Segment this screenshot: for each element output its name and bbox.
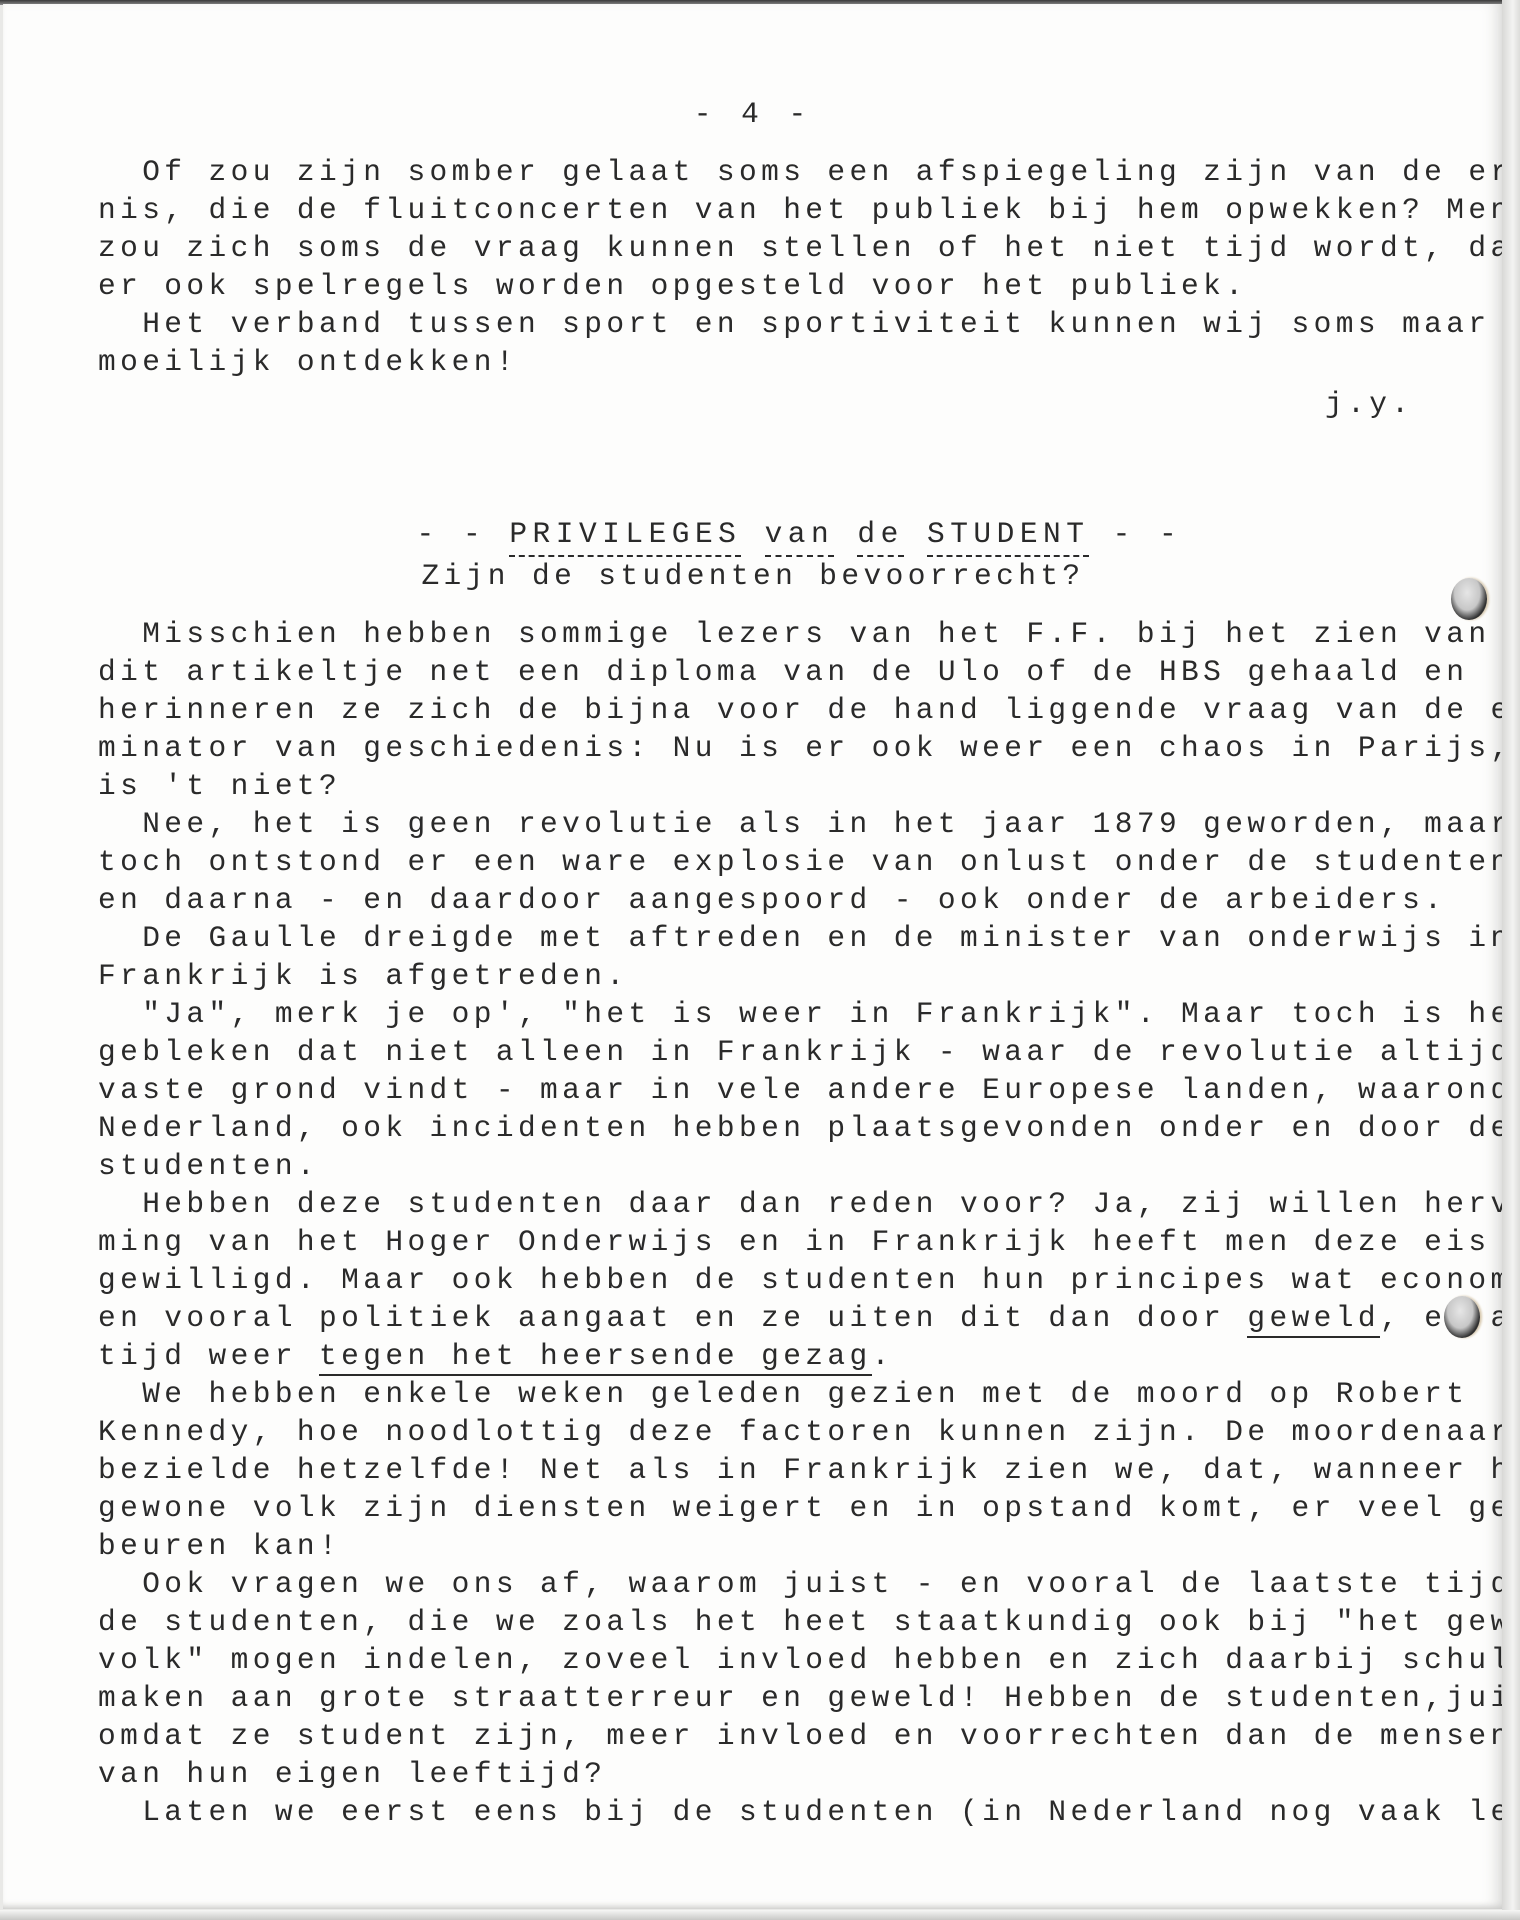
text-line: toch ontstond er een ware explosie van o… [98,844,1513,880]
text-line: "Ja", merk je op', "het is weer in Frank… [98,996,1520,1032]
text-line: de studenten, die we zoals het heet staa… [98,1604,1520,1640]
text-line: De Gaulle dreigde met aftreden en de min… [98,920,1513,956]
text-line: dit artikeltje net een diploma van de Ul… [98,654,1468,690]
text-line: Nee, het is geen revolutie als in het ja… [98,806,1513,842]
text-line: Nederland, ook incidenten hebben plaatsg… [98,1110,1513,1146]
page-edge-bottom [0,1910,1520,1920]
binder-hole-upper [1451,578,1487,620]
text-line: Hebben deze studenten daar dan reden voo… [98,1186,1520,1222]
text-line: nis, die de fluitconcerten van het publi… [98,192,1513,228]
text-line: ming van het Hoger Onderwijs en in Frank… [98,1224,1520,1260]
text-line: gebleken dat niet alleen in Frankrijk - … [98,1034,1520,1070]
text-line-underlined: en vooral politiek aangaat en ze uiten d… [98,1300,1520,1336]
heading-word-privileges: PRIVILEGES [509,517,741,557]
text-line: vaste grond vindt - maar in vele andere … [98,1072,1520,1108]
text-line: omdat ze student zijn, meer invloed en v… [98,1718,1513,1754]
author-signature: j.y. [1325,386,1413,422]
text-line: en daarna - en daardoor aangespoord - oo… [98,882,1446,918]
text-line: maken aan grote straatterreur en geweld!… [98,1680,1520,1716]
text-line: herinneren ze zich de bijna voor de hand… [98,692,1520,728]
underlined-emphasis: geweld [1247,1301,1380,1338]
text-line: gewilligd. Maar ook hebben de studenten … [98,1262,1520,1298]
text-line: volk" mogen indelen, zoveel invloed hebb… [98,1642,1520,1678]
text-line: beuren kan! [98,1528,341,1564]
text-line: is 't niet? [98,768,341,804]
underlined-emphasis: tegen het heersende gezag [319,1339,872,1376]
text-line-underlined: tijd weer tegen het heersende gezag. [98,1338,894,1374]
heading-prefix: - - [417,517,510,551]
text-line: Frankrijk is afgetreden. [98,958,628,994]
text-line: gewone volk zijn diensten weigert en in … [98,1490,1520,1526]
text-line: studenten. [98,1148,319,1184]
text-line: Kennedy, hoe noodlottig deze factoren ku… [98,1414,1513,1450]
text-line: bezielde hetzelfde! Net als in Frankrijk… [98,1452,1520,1488]
heading-word-de: de [857,517,903,557]
binder-hole-lower [1444,1296,1480,1338]
page-edge-right [1502,0,1520,1920]
text-line: We hebben enkele weken geleden gezien me… [98,1376,1468,1412]
text-line: er ook spelregels worden opgesteld voor … [98,268,1247,304]
text-line: Of zou zijn somber gelaat soms een afspi… [98,154,1520,190]
heading-suffix: - - [1089,517,1182,551]
text-line: zou zich soms de vraag kunnen stellen of… [98,230,1520,266]
text-line: minator van geschiedenis: Nu is er ook w… [98,730,1513,766]
text-line: van hun eigen leeftijd? [98,1756,606,1792]
heading-word-student: STUDENT [927,517,1089,557]
text-line: Het verband tussen sport en sportiviteit… [98,306,1490,342]
text-line: Ook vragen we ons af, waarom juist - en … [98,1566,1520,1602]
text-line: moeilijk ontdekken! [98,344,518,380]
article-subheading: Zijn de studenten bevoorrecht? [3,558,1503,594]
page-number: - 4 - [3,96,1503,132]
heading-word-van: van [765,517,835,557]
typewritten-page: - 4 - Of zou zijn somber gelaat soms een… [3,4,1503,1909]
text-line: Laten we eerst eens bij de studenten (in… [98,1794,1520,1830]
text-line: Misschien hebben sommige lezers van het … [98,616,1490,652]
